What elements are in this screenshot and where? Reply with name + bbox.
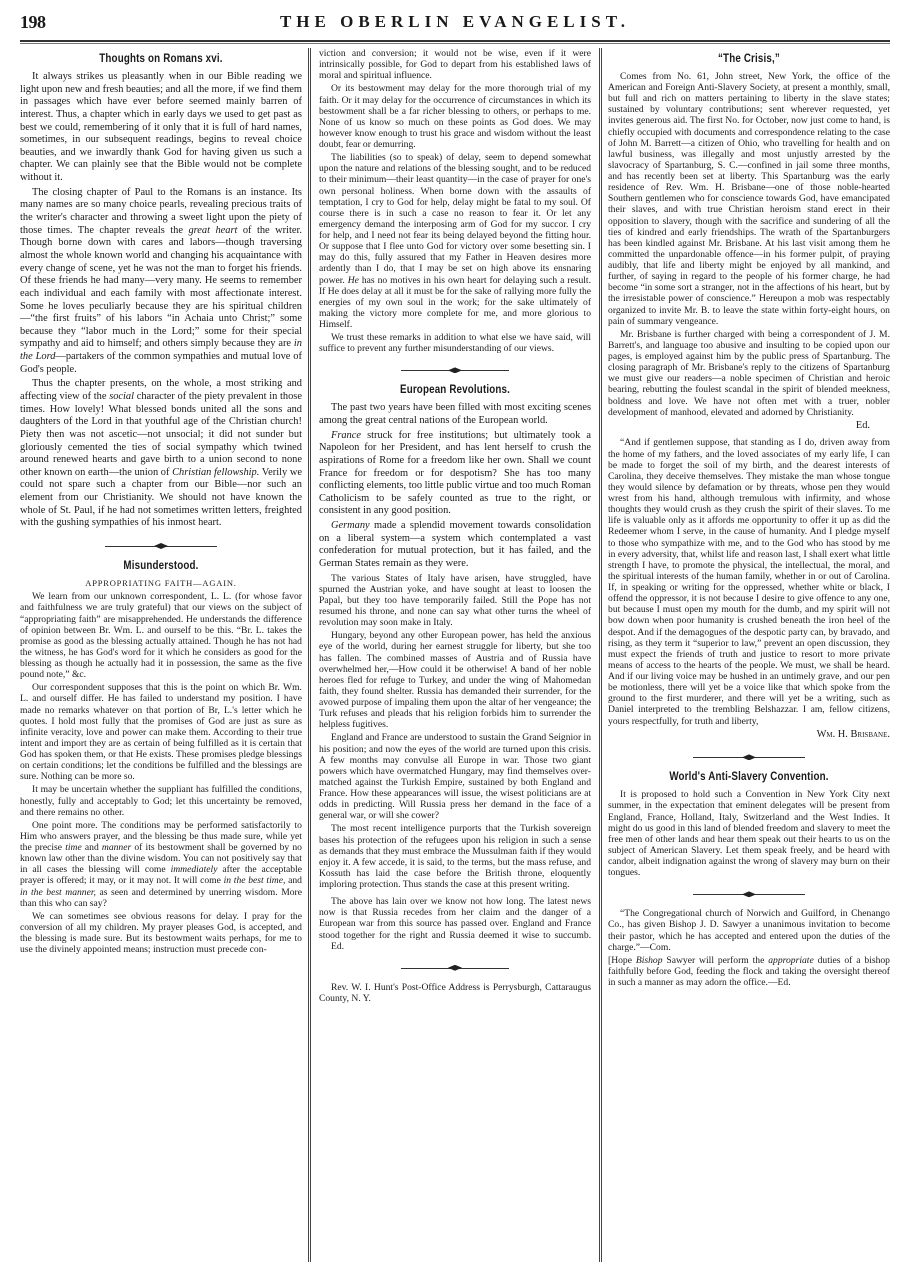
paragraph: England and France are understood to sus… (319, 732, 591, 821)
paragraph: Our correspondent supposes that this is … (20, 682, 302, 782)
section-divider-ornament (319, 364, 591, 378)
paragraph: It may be uncertain whether the supplian… (20, 784, 302, 817)
middle-column: viction and conversion; it would not be … (308, 48, 602, 1262)
paragraph: viction and conversion; it would not be … (319, 48, 591, 81)
notice-post-office-address: Rev. W. I. Hunt's Post-Office Address is… (319, 982, 591, 1004)
article-thoughts-on-romans: Thoughts on Romans xvi. It always strike… (20, 53, 302, 530)
paragraph: Rev. W. I. Hunt's Post-Office Address is… (319, 982, 591, 1004)
editor-signature: Ed. (608, 420, 890, 433)
letter-signature: Wm. H. Brisbane. (608, 729, 890, 742)
paragraph: Thus the chapter presents, on the whole,… (20, 378, 302, 530)
paragraph: It is proposed to hold such a Convention… (608, 789, 890, 878)
article-heading: European Revolutions. (339, 384, 570, 398)
article-subheading: APPROPRIATING FAITH—AGAIN. (20, 578, 302, 588)
page-columns: Thoughts on Romans xvi. It always strike… (20, 48, 890, 1262)
paragraph: [Hope Bishop Sawyer will perform the app… (608, 955, 890, 988)
right-column: “The Crisis,” Comes from No. 61, John st… (602, 48, 890, 1262)
masthead: 198 THE OBERLIN EVANGELIST. (20, 10, 890, 40)
newspaper-title: THE OBERLIN EVANGELIST. (20, 12, 890, 32)
section-divider-ornament (319, 962, 591, 976)
paragraph: We trust these remarks in addition to wh… (319, 332, 591, 354)
editor-signature: Ed. (331, 941, 344, 952)
masthead-rule (20, 40, 890, 44)
paragraph: Or its bestowment may delay for the more… (319, 83, 591, 150)
paragraph: The most recent intelligence purports th… (319, 823, 591, 890)
article-heading: World's Anti-Slavery Convention. (629, 771, 869, 785)
paragraph: We can sometimes see obvious reasons for… (20, 911, 302, 956)
paragraph: The liabilities (so to speak) of delay, … (319, 152, 591, 330)
paragraph: Germany made a splendid movement towards… (319, 520, 591, 571)
article-worlds-anti-slavery-convention: World's Anti-Slavery Convention. It is p… (608, 771, 890, 878)
paragraph: One point more. The conditions may be pe… (20, 820, 302, 909)
paragraph: “The Congregational church of Norwich an… (608, 908, 890, 953)
paragraph: We learn from our unknown correspondent,… (20, 591, 302, 680)
left-column: Thoughts on Romans xvi. It always strike… (20, 48, 308, 1262)
article-misunderstood-continued: viction and conversion; it would not be … (319, 48, 591, 354)
paragraph: The closing chapter of Paul to the Roman… (20, 187, 302, 377)
article-misunderstood: Misunderstood. APPROPRIATING FAITH—AGAIN… (20, 560, 302, 955)
paragraph: The past two years have been filled with… (319, 402, 591, 427)
paragraph: The above has lain over we know not how … (319, 896, 591, 952)
article-the-crisis: “The Crisis,” Comes from No. 61, John st… (608, 53, 890, 741)
section-divider-ornament (608, 888, 890, 902)
article-european-revolutions: European Revolutions. The past two years… (319, 384, 591, 951)
article-heading: Thoughts on Romans xvi. (41, 53, 281, 67)
paragraph: Mr. Brisbane is further charged with bei… (608, 329, 890, 418)
section-divider-ornament (20, 540, 302, 554)
paragraph: France struck for free institutions; but… (319, 430, 591, 518)
paragraph: Comes from No. 61, John street, New York… (608, 71, 890, 327)
section-divider-ornament (608, 751, 890, 765)
article-heading: Misunderstood. (41, 560, 281, 574)
quoted-letter: “And if gentlemen suppose, that standing… (608, 437, 890, 726)
paragraph: The various States of Italy have arisen,… (319, 573, 591, 629)
paragraph: Hungary, beyond any other European power… (319, 630, 591, 730)
paragraph: It always strikes us pleasantly when in … (20, 71, 302, 185)
article-heading: “The Crisis,” (629, 53, 869, 67)
article-congregational-church-notice: “The Congregational church of Norwich an… (608, 908, 890, 988)
